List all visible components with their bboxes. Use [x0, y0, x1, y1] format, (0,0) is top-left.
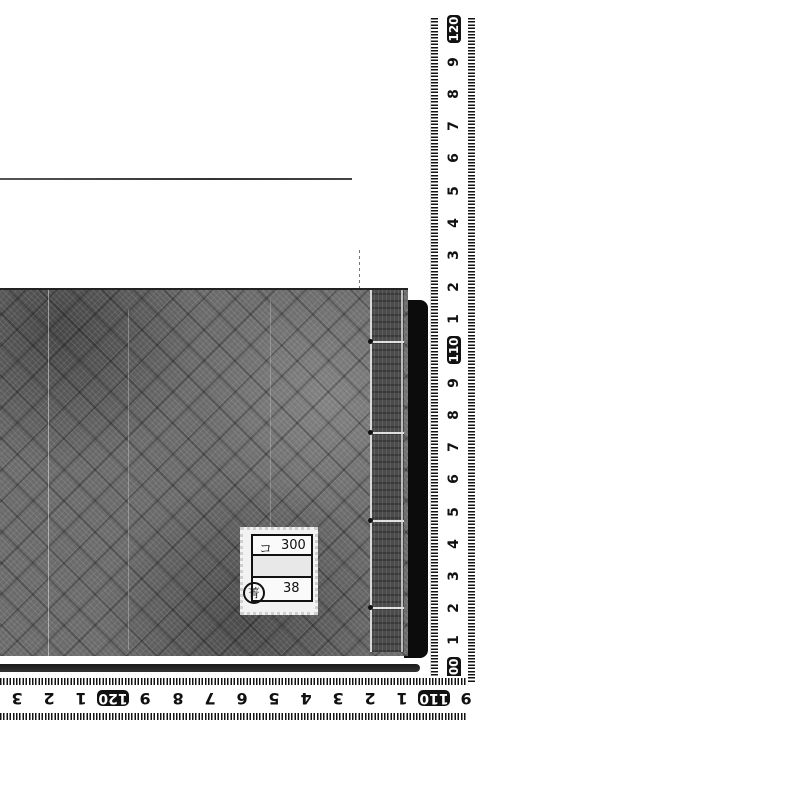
ruler-label: 110 [418, 690, 450, 706]
ruler-ticks-bottom [0, 710, 466, 720]
ruler-label: 2 [446, 279, 462, 295]
vertical-ruler: 120987654321110987654321100 [430, 18, 475, 682]
ruler-label: 2 [361, 689, 379, 708]
ruler-ticks-left [431, 18, 443, 682]
ruler-label: 8 [446, 407, 462, 423]
ruler-label: 5 [265, 689, 283, 708]
book-bottom-shadow [0, 664, 420, 672]
cover-crease [128, 310, 129, 650]
binding-stitch [370, 432, 404, 434]
book-cover [0, 288, 408, 656]
horizontal-ruler: 3211209876543211109 [0, 676, 466, 722]
ruler-label: 5 [446, 504, 462, 520]
ruler-label: 3 [446, 247, 462, 263]
ruler-label: 2 [40, 689, 58, 708]
ruler-label: 6 [446, 471, 462, 487]
binding-stitch [370, 520, 404, 522]
ruler-label: 6 [446, 150, 462, 166]
binding-hole [368, 339, 373, 344]
paper-sheet-fold-mark [359, 250, 360, 288]
binding-stitch [370, 607, 404, 609]
ruler-label: 4 [297, 689, 315, 708]
ruler-label: 9 [457, 689, 475, 708]
ruler-label: 9 [136, 689, 154, 708]
ruler-label: 4 [446, 215, 462, 231]
ruler-label: 120 [97, 690, 129, 706]
label-call-prefix: コ [259, 538, 272, 557]
binding-hole [368, 605, 373, 610]
ruler-label: 4 [446, 536, 462, 552]
ruler-label: 9 [446, 375, 462, 391]
binding-thread-right [401, 290, 403, 652]
ruler-label: 3 [8, 689, 26, 708]
paper-sheet-edge [0, 178, 352, 180]
ruler-label: 8 [169, 689, 187, 708]
ruler-label: 1 [446, 311, 462, 327]
binding-hole [368, 430, 373, 435]
ruler-label: 3 [329, 689, 347, 708]
seal-stamp-icon: 菁 [243, 582, 265, 604]
ruler-label: 2 [446, 600, 462, 616]
ruler-label: 6 [233, 689, 251, 708]
book-spine [370, 290, 404, 652]
ruler-ticks-right [463, 18, 475, 682]
ruler-label: 110 [447, 336, 461, 364]
ruler-label: 8 [446, 86, 462, 102]
label-volume-number: 38 [283, 581, 300, 596]
ruler-label: 1 [393, 689, 411, 708]
ruler-label: 120 [447, 15, 461, 43]
binding-thread-left [370, 290, 372, 652]
ruler-label: 7 [201, 689, 219, 708]
ruler-label: 7 [446, 439, 462, 455]
ruler-ticks-top [0, 678, 466, 688]
label-row-blank [251, 556, 313, 578]
cover-crease [48, 290, 49, 656]
ruler-label: 9 [446, 54, 462, 70]
binding-stitch [370, 341, 404, 343]
label-row-call-number: コ 300 [251, 534, 313, 556]
ruler-label: 5 [446, 183, 462, 199]
ruler-label: 1 [446, 632, 462, 648]
binding-hole [368, 518, 373, 523]
library-label: コ 300 38 菁 [240, 527, 318, 615]
ruler-label: 3 [446, 568, 462, 584]
ruler-label: 1 [72, 689, 90, 708]
ruler-label: 7 [446, 118, 462, 134]
label-call-number: 300 [281, 538, 306, 553]
